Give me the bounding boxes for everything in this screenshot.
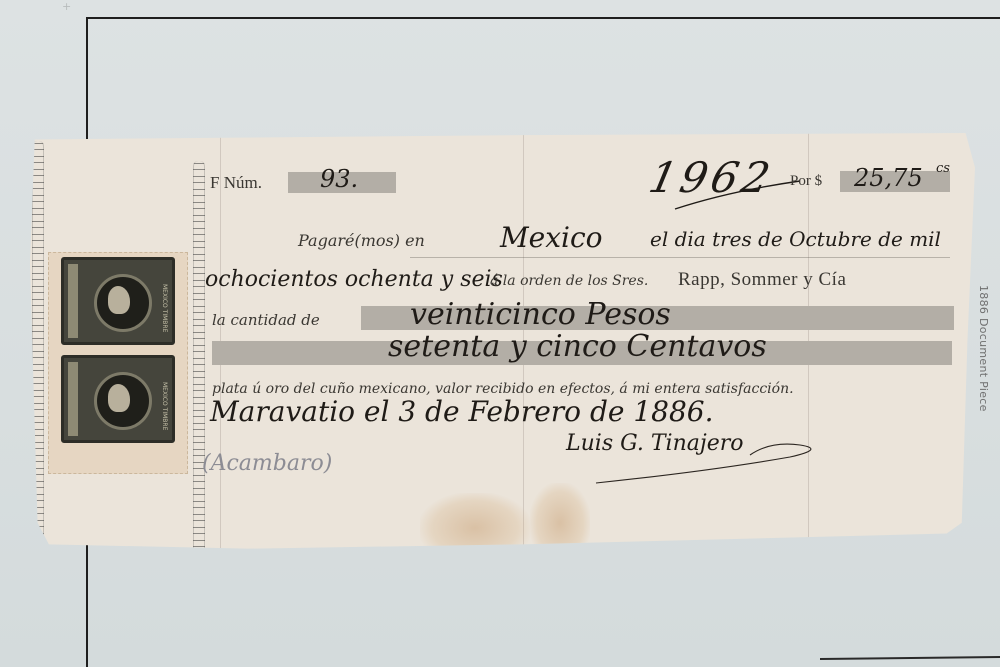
number-label: F Núm. [210, 173, 262, 193]
signature-flourish [590, 443, 830, 493]
frame-border-top [86, 17, 1000, 19]
hand-city: Mexico [500, 221, 603, 254]
amount-words-pesos: veinticinco Pesos [410, 297, 671, 332]
frame-border-bottom [820, 656, 1000, 660]
corner-mark: + [62, 0, 71, 13]
printed-cantidad: la cantidad de [212, 311, 320, 329]
amount-cents-superscript: cs [936, 161, 950, 176]
amount-words-centavos: setenta y cinco Centavos [388, 329, 767, 364]
printed-pagare: Pagaré(mos) en [298, 231, 425, 250]
payee-firm: Rapp, Sommer y Cía [678, 269, 846, 291]
year-flourish [670, 173, 810, 213]
place-and-date: Maravatio el 3 de Febrero de 1886. [210, 395, 714, 428]
number-value: 93. [320, 165, 358, 193]
hand-date-text: el dia tres de Octubre de mil [650, 227, 941, 251]
rule-line [410, 257, 950, 258]
revenue-stamp-top: MEXICO TIMBRE [61, 257, 175, 345]
pencil-annotation: (Acambaro) [202, 451, 332, 476]
album-caption: 1886 Document Piece [977, 285, 990, 415]
amount-label: Por $ [790, 173, 822, 190]
hand-year-words: ochocientos ochenta y seis [205, 267, 503, 292]
revenue-stamp-bottom: MEXICO TIMBRE [61, 355, 175, 443]
amount-value: 25,75 [854, 164, 923, 192]
ornamental-border-perforation [193, 161, 205, 561]
portrait-icon [108, 286, 130, 314]
printed-orden: á la orden de los Sres. [490, 273, 648, 289]
portrait-icon [108, 384, 130, 412]
revenue-stamps-pair: MEXICO TIMBRE …ABA… MEXICO TIMBRE [48, 252, 188, 474]
